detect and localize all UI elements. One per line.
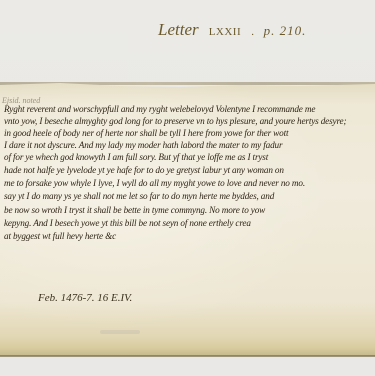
manuscript-line: say yt I do many ys ye shall not me let … (4, 191, 375, 201)
page-heading: Letter LXXII . p. 210. (158, 20, 306, 40)
manuscript-line: at byggest wt full hevy herte &c (4, 231, 375, 241)
manuscript-line: me to forsake yow whyle I lyve, I wyll d… (4, 178, 375, 188)
manuscript-line: Ryght reverent and worschypfull and my r… (4, 104, 375, 114)
manuscript-date: Feb. 1476-7. 16 E.IV. (38, 292, 132, 304)
paper-stain (100, 330, 140, 334)
manuscript-line: hade not halfe ye lyvelode yt ye hafe fo… (4, 165, 375, 175)
heading-page-reference: p. 210. (264, 23, 307, 38)
heading-separator: . (251, 26, 254, 38)
manuscript-line: of for ye whech god knowyth I am full so… (4, 152, 375, 162)
manuscript-line: in good heele of body ner of herte nor s… (4, 128, 375, 138)
manuscript-line: vnto yow, I beseche almyghty god long fo… (4, 116, 375, 126)
manuscript-line: I dare it not dyscure. And my lady my mo… (4, 140, 375, 150)
heading-letter-label: Letter (158, 20, 199, 39)
manuscript-line: kepyng. And I besech yowe yt this bill b… (4, 218, 375, 228)
manuscript-line: be now so wroth I tryst it shall be bett… (4, 205, 375, 215)
mount-bottom-strip (0, 357, 375, 376)
heading-letter-number: LXXII (209, 26, 241, 38)
